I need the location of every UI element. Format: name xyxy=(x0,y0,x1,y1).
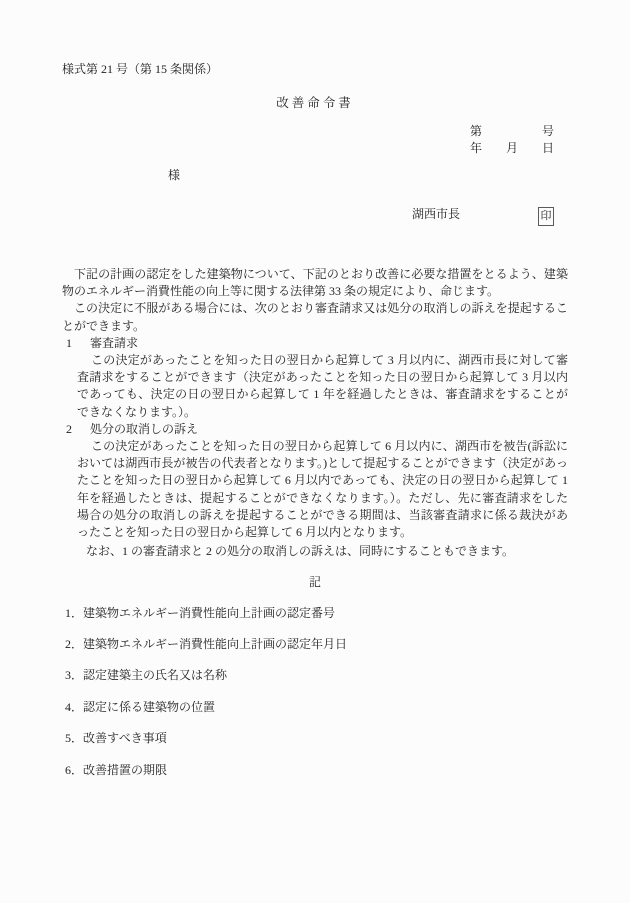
date-year-label: 年 xyxy=(470,140,482,157)
section-title: 処分の取消しの訴え xyxy=(90,422,198,436)
section-number: 2 xyxy=(66,421,72,438)
list-item: 3．認定建築主の氏名又は名称 xyxy=(65,667,568,684)
date-month-label: 月 xyxy=(506,140,518,157)
list-item: 4．認定に係る建築物の位置 xyxy=(65,699,568,716)
doc-number-prefix: 第 xyxy=(470,123,482,140)
form-number: 様式第 21 号（第 15 条関係） xyxy=(62,61,218,78)
section-heading: 2処分の取消しの訴え xyxy=(62,421,568,438)
document-body: 下記の計画の認定をした建築物について、下記のとおり改善に必要な措置をとるよう、建… xyxy=(62,266,568,793)
date-day-label: 日 xyxy=(542,140,554,157)
doc-number-suffix: 号 xyxy=(542,123,554,140)
list-item: 1．建築物エネルギー消費性能向上計画の認定番号 xyxy=(65,605,568,622)
list-item: 6．改善措置の期限 xyxy=(65,762,568,779)
addressee-honorific: 様 xyxy=(168,167,180,184)
document-title: 改善命令書 xyxy=(0,95,630,112)
appeal-intro-paragraph: この決定に不服がある場合には、次のとおり審査請求又は処分の取消しの訴えを提起する… xyxy=(62,300,568,334)
section-number: 1 xyxy=(66,335,72,352)
section-text: この決定があったことを知った日の翌日から起算して 3 月以内に、湖西市長に対して… xyxy=(77,352,568,421)
reference-block: 第 号 年 月 日 xyxy=(470,123,554,157)
document-page: 様式第 21 号（第 15 条関係） 改善命令書 第 号 年 月 日 様 湖西市… xyxy=(0,0,630,903)
issuer-line: 湖西市長 印 xyxy=(412,206,554,226)
ki-label: 記 xyxy=(62,574,568,591)
section-heading: 1審査請求 xyxy=(62,335,568,352)
list-item: 2．建築物エネルギー消費性能向上計画の認定年月日 xyxy=(65,636,568,653)
section-shinsa-seikyu: 1審査請求 この決定があったことを知った日の翌日から起算して 3 月以内に、湖西… xyxy=(62,335,568,421)
section-title: 審査請求 xyxy=(90,336,138,350)
list-item: 5．改善すべき事項 xyxy=(65,730,568,747)
seal-mark: 印 xyxy=(538,207,554,226)
order-paragraph: 下記の計画の認定をした建築物について、下記のとおり改善に必要な措置をとるよう、建… xyxy=(62,266,568,300)
issuer-name: 湖西市長 xyxy=(412,206,460,223)
listed-items: 1．建築物エネルギー消費性能向上計画の認定番号 2．建築物エネルギー消費性能向上… xyxy=(65,605,568,779)
section-torikeshi-uttae: 2処分の取消しの訴え この決定があったことを知った日の翌日から起算して 6 月以… xyxy=(62,421,568,541)
date-line: 年 月 日 xyxy=(470,140,554,157)
document-number-line: 第 号 xyxy=(470,123,554,140)
note-paragraph: なお、1 の審査請求と 2 の処分の取消しの訴えは、同時にすることもできます。 xyxy=(62,543,568,560)
section-text: この決定があったことを知った日の翌日から起算して 6 月以内に、湖西市を被告(訴… xyxy=(77,438,568,541)
